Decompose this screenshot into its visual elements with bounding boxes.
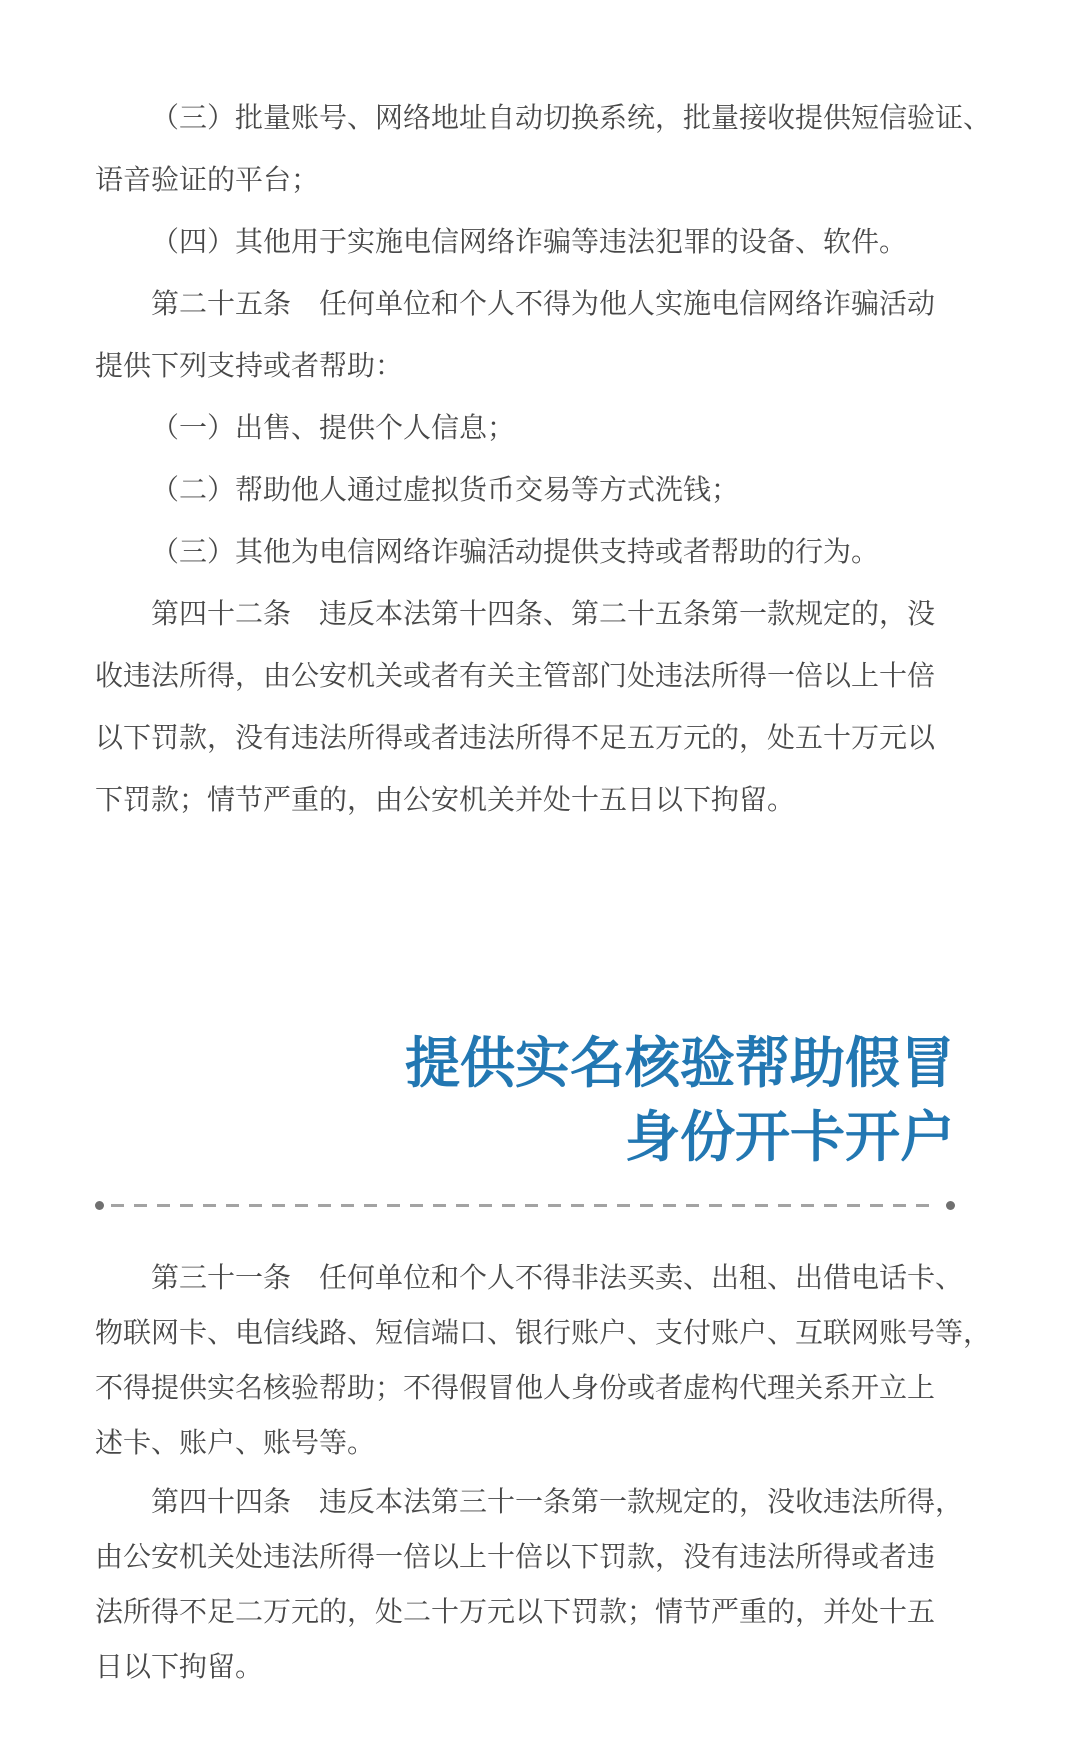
divider-dot-left (95, 1201, 104, 1210)
legal-paragraph: 第三十一条 任何单位和个人不得非法买卖、出租、出借电话卡、 物联网卡、电信线路、… (95, 1250, 1055, 1470)
legal-paragraph: （三）批量账号、网络地址自动切换系统，批量接收提供短信验证、 语音验证的平台； (95, 87, 1055, 211)
dashed-divider (95, 1201, 955, 1210)
section-heading-line-1: 提供实名核验帮助假冒 (95, 1026, 955, 1100)
legal-paragraph: （三）其他为电信网络诈骗活动提供支持或者帮助的行为。 (95, 521, 1055, 583)
legal-paragraph: （二）帮助他人通过虚拟货币交易等方式洗钱； (95, 459, 1055, 521)
legal-paragraph: 第四十四条 违反本法第三十一条第一款规定的，没收违法所得， 由公安机关处违法所得… (95, 1474, 1055, 1694)
law-section-devices-and-support: （三）批量账号、网络地址自动切换系统，批量接收提供短信验证、 语音验证的平台； … (95, 87, 1080, 831)
legal-paragraph: 第四十二条 违反本法第十四条、第二十五条第一款规定的，没 收违法所得，由公安机关… (95, 583, 1055, 831)
legal-paragraph: （一）出售、提供个人信息； (95, 397, 1055, 459)
divider-dot-right (946, 1201, 955, 1210)
law-section-real-name-verification: 第三十一条 任何单位和个人不得非法买卖、出租、出借电话卡、 物联网卡、电信线路、… (95, 1250, 1080, 1694)
section-heading: 提供实名核验帮助假冒 身份开卡开户 (95, 1026, 955, 1174)
legal-paragraph: （四）其他用于实施电信网络诈骗等违法犯罪的设备、软件。 (95, 211, 1055, 273)
section-heading-line-2: 身份开卡开户 (95, 1100, 955, 1174)
divider-dashes (111, 1204, 939, 1207)
article-body: （三）批量账号、网络地址自动切换系统，批量接收提供短信验证、 语音验证的平台； … (0, 0, 1080, 1694)
legal-paragraph: 第二十五条 任何单位和个人不得为他人实施电信网络诈骗活动 提供下列支持或者帮助： (95, 273, 1055, 397)
